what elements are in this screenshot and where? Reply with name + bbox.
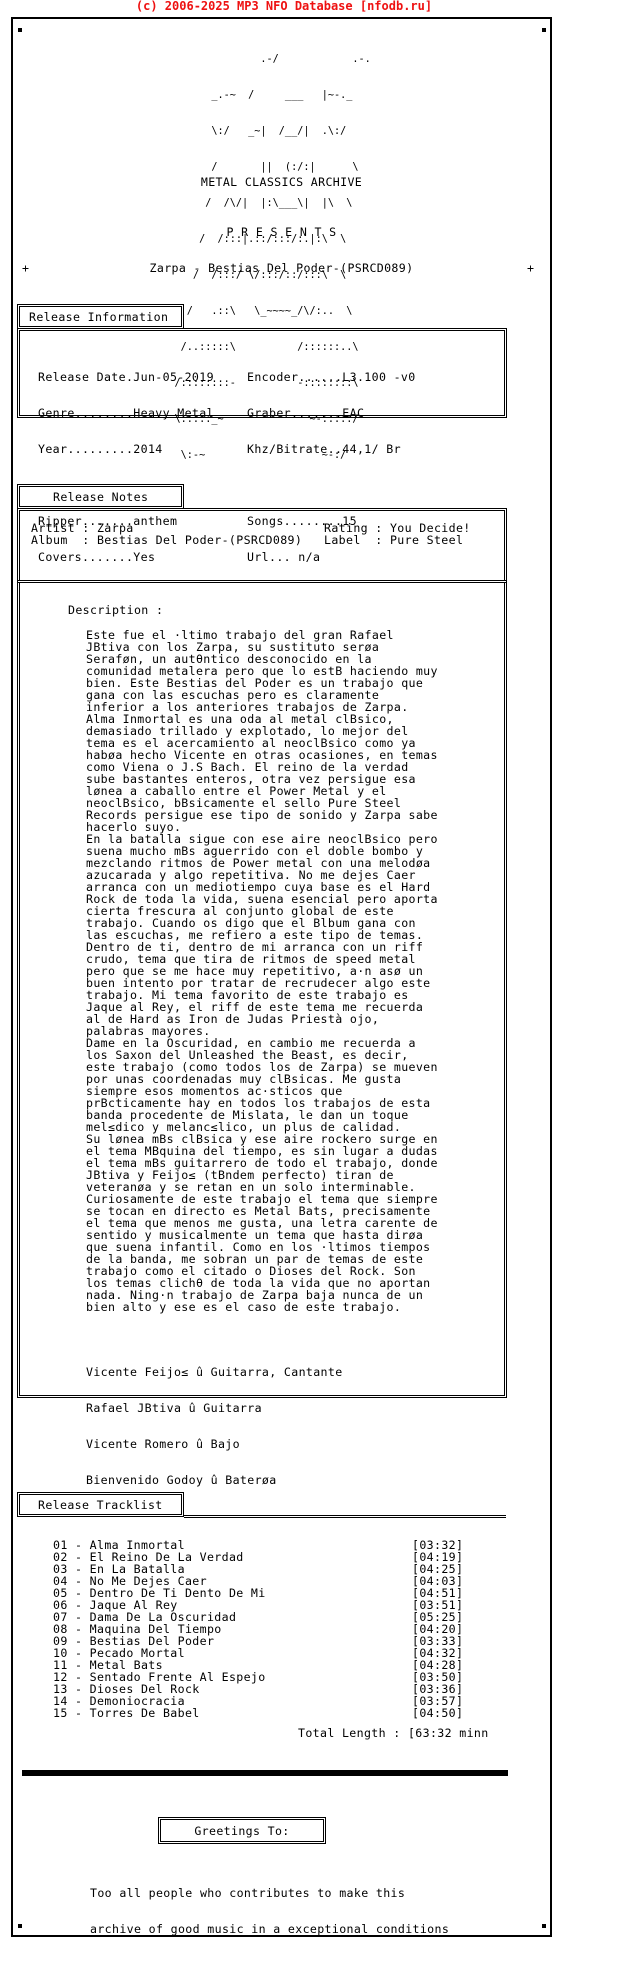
greetings-text: Too all people who contributes to make t… <box>90 1863 449 1947</box>
lineup-member: Vicente Feijo≤ û Guitarra, Cantante <box>86 1366 343 1378</box>
release-title: Zarpa - Bestias Del Poder-(PSRCD089) <box>11 262 552 274</box>
release-notes-tab: Release Notes <box>17 484 184 509</box>
corner-marker-icon <box>542 1924 546 1928</box>
corner-marker-icon <box>18 1924 22 1928</box>
logo-art-line: / .::\ \_~~~~_/\/:.. \ <box>150 306 390 318</box>
logo-art-line: / /\/| |:\___\| |\ \ <box>150 198 390 210</box>
track-title: Torres De Babel <box>90 1706 200 1720</box>
release-tracklist-tab: Release Tracklist <box>17 1492 184 1517</box>
description-line: bien alto y ese es el caso de este traba… <box>86 1301 438 1313</box>
corner-marker-icon <box>18 28 22 32</box>
title-right-marker: + <box>527 262 534 274</box>
release-information-panel: Release Date.Jun-05-2019 Genre........He… <box>17 328 507 418</box>
track-row: 15 - Torres De Babel[04:50] <box>53 1707 498 1719</box>
lineup-member: Vicente Romero û Bajo <box>86 1438 343 1450</box>
lineup-list: Vicente Feijo≤ û Guitarra, Cantante Rafa… <box>86 1342 343 1510</box>
logo-art-line: .-/ .-. <box>150 54 390 66</box>
presents-heading: P R E S E N T S <box>11 226 552 238</box>
description-body: Este fue el ·ltimo trabajo del gran Rafa… <box>86 629 438 1313</box>
encoder-field: Encoder......L3.100 -v0 <box>247 371 416 383</box>
album-line: Album : Bestias Del Poder-(PSRCD089) <box>31 534 302 546</box>
track-number: 15 <box>53 1706 68 1720</box>
release-notes-tab-label: Release Notes <box>53 491 148 503</box>
description-title: Description : <box>68 604 163 616</box>
bitrate-field: Khz/Bitrate..44,1/ Br <box>247 443 416 455</box>
copyright-header: (c) 2006-2025 MP3 NFO Database [nfodb.ru… <box>0 0 568 13</box>
release-information-tab-label: Release Information <box>29 311 168 323</box>
release-notes-header-panel: Artist : Zarpa Album : Bestias Del Poder… <box>17 508 507 583</box>
genre-field: Genre........Heavy Metal <box>38 407 214 419</box>
track-separator: - <box>68 1706 90 1720</box>
label-line: Label : Pure Steel <box>324 534 463 546</box>
release-date-field: Release Date.Jun-05-2019 <box>38 371 214 383</box>
graber-field: Graber.......EAC <box>247 407 416 419</box>
greetings-line: Too all people who contributes to make t… <box>90 1887 449 1899</box>
tracklist: 01 - Alma Inmortal[03:32]02 - El Reino D… <box>53 1539 498 1719</box>
logo-art-line: \:/ _~| /__/| .\:/ <box>150 126 390 138</box>
total-length: Total Length : [63:32 minn <box>298 1727 489 1739</box>
year-field: Year.........2014 <box>38 443 214 455</box>
lineup-member: Rafael JBtiva û Guitarra <box>86 1402 343 1414</box>
spacer-line <box>247 479 416 491</box>
logo-art-line: _.-~ / ___ |~-._ <box>150 90 390 102</box>
logo-art-line: / || (:/:| \ <box>150 162 390 174</box>
release-tracklist-tab-label: Release Tracklist <box>38 1499 163 1511</box>
logo-caption: METAL CLASSICS ARCHIVE <box>11 176 552 188</box>
release-information-tab: Release Information <box>17 304 184 329</box>
section-divider-bar <box>22 1770 508 1776</box>
greetings-title: Greetings To: <box>161 1825 323 1837</box>
track-length: [04:50] <box>412 1707 463 1719</box>
tracklist-divider <box>184 1515 506 1518</box>
corner-marker-icon <box>542 28 546 32</box>
description-panel: Description : Este fue el ·ltimo trabajo… <box>17 580 507 1398</box>
greetings-box: Greetings To: <box>158 1817 326 1844</box>
lineup-member: Bienvenido Godoy û Baterøa <box>86 1474 343 1486</box>
greetings-line: archive of good music in a exceptional c… <box>90 1923 449 1935</box>
